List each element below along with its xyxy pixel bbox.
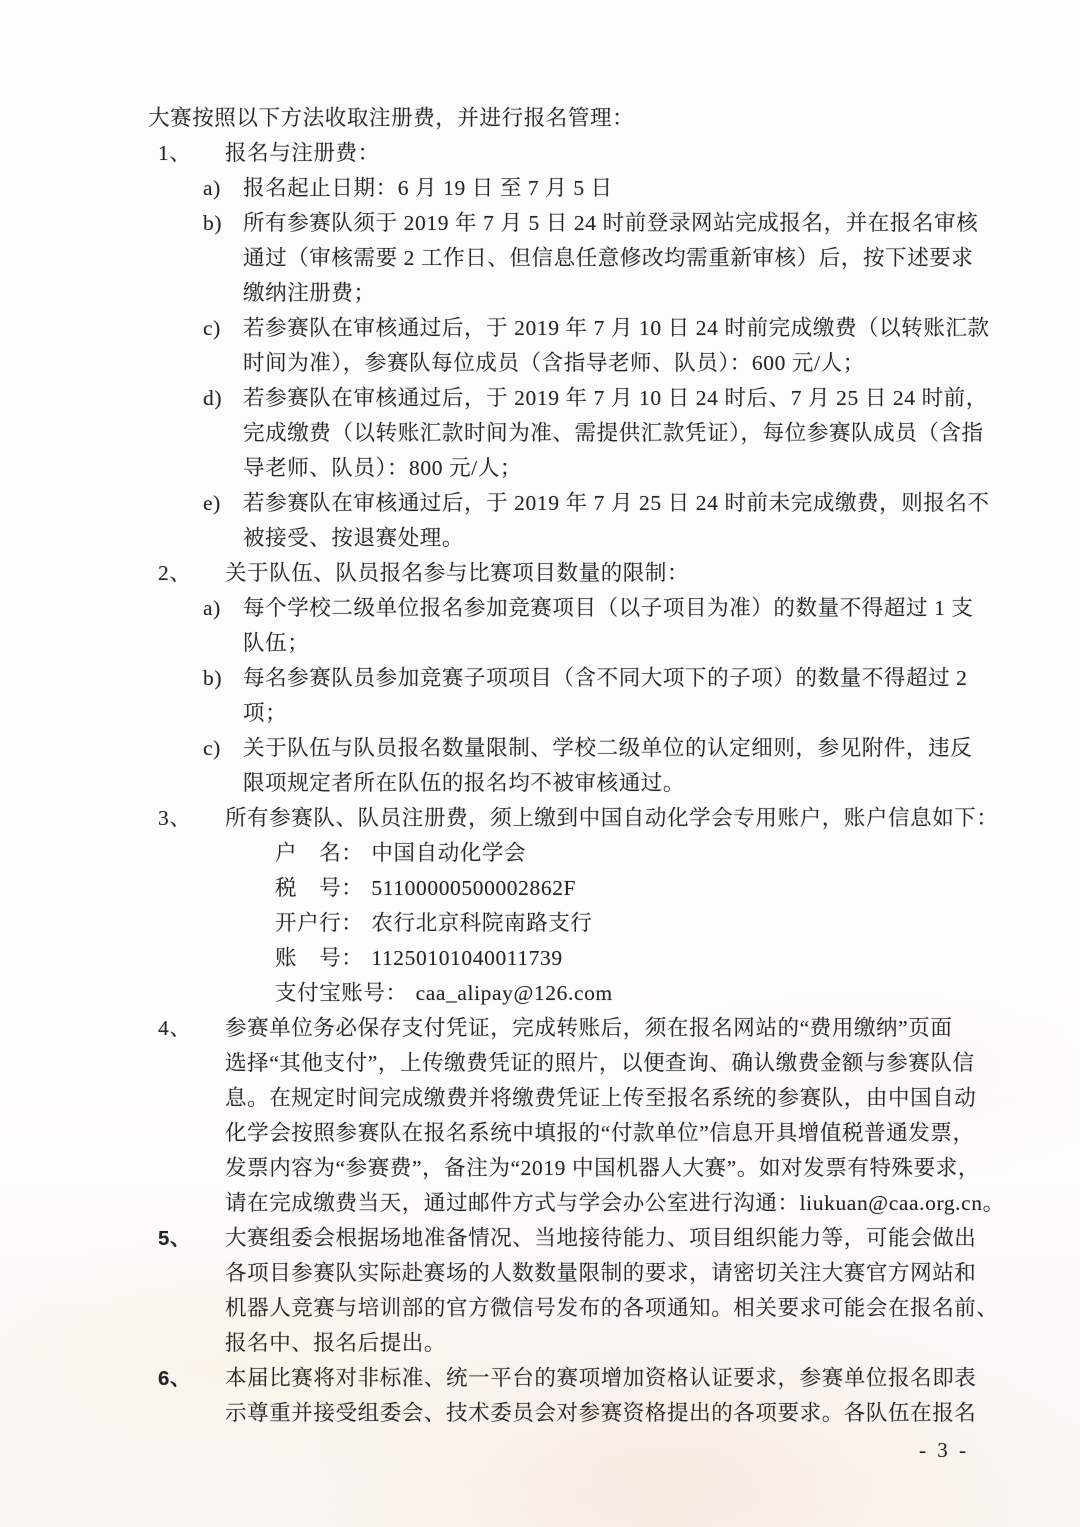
list-marker: c) [203, 731, 221, 766]
list-item: 2、关于队伍、队员报名参与比赛项目数量的限制： [140, 556, 992, 591]
account-field: 税 号：51100000500002862F [275, 871, 992, 906]
list-marker: d) [203, 381, 222, 416]
sub-list-item: a)报名起止日期：6 月 19 日 至 7 月 5 日 [140, 171, 992, 206]
list-marker: 1、 [158, 136, 191, 171]
text-line: 若参赛队在审核通过后，于 2019 年 7 月 10 日 24 时前完成缴费（以… [243, 311, 992, 346]
account-field-label: 户 名： [275, 841, 363, 865]
account-field: 开户行：农行北京科院南路支行 [275, 906, 992, 941]
text-line: 若参赛队在审核通过后，于 2019 年 7 月 10 日 24 时后、7 月 2… [243, 381, 992, 416]
list-marker: 2、 [158, 556, 191, 591]
text-line: 时间为准），参赛队每位成员（含指导老师、队员）：600 元/人； [243, 346, 992, 381]
text-line: 导老师、队员）：800 元/人； [243, 451, 992, 486]
text-line: 缴纳注册费； [243, 276, 992, 311]
text-line: 每名参赛队员参加竞赛子项项目（含不同大项下的子项）的数量不得超过 2 [243, 661, 992, 696]
text-line: 参赛单位务必保存支付凭证，完成转账后，须在报名网站的“费用缴纳”页面 [225, 1011, 992, 1046]
sub-list-item: b)每名参赛队员参加竞赛子项项目（含不同大项下的子项）的数量不得超过 2项； [140, 661, 992, 731]
account-field-value: 中国自动化学会 [371, 841, 526, 865]
text-line: 完成缴费（以转账汇款时间为准、需提供汇款凭证），每位参赛队成员（含指 [243, 416, 992, 451]
account-field: 账 号：11250101040011739 [275, 941, 992, 976]
text-line: 所有参赛队须于 2019 年 7 月 5 日 24 时前登录网站完成报名，并在报… [243, 206, 992, 241]
account-field-value: 51100000500002862F [371, 876, 576, 900]
text-line: 若参赛队在审核通过后，于 2019 年 7 月 25 日 24 时前未完成缴费，… [243, 486, 992, 521]
text-line: 报名起止日期：6 月 19 日 至 7 月 5 日 [243, 171, 992, 206]
text-line: 大赛组委会根据场地准备情况、当地接待能力、项目组织能力等，可能会做出 [225, 1221, 992, 1256]
list-item: 6、本届比赛将对非标准、统一平台的赛项增加资格认证要求，参赛单位报名即表示尊重并… [140, 1361, 992, 1431]
account-field-label: 账 号： [275, 946, 363, 970]
text-line: 限项规定者所在队伍的报名均不被审核通过。 [243, 766, 992, 801]
sub-list-item: c)关于队伍与队员报名数量限制、学校二级单位的认定细则，参见附件，违反限项规定者… [140, 731, 992, 801]
page-number: - 3 - [919, 1436, 969, 1464]
text-line: 每个学校二级单位报名参加竞赛项目（以子项目为准）的数量不得超过 1 支 [243, 591, 992, 626]
account-field-label: 开户行： [275, 911, 363, 935]
account-field: 户 名：中国自动化学会 [275, 836, 992, 871]
sub-list-item: e)若参赛队在审核通过后，于 2019 年 7 月 25 日 24 时前未完成缴… [140, 486, 992, 556]
list-marker: b) [203, 661, 222, 696]
account-info-block: 户 名：中国自动化学会税 号：51100000500002862F开户行：农行北… [140, 836, 992, 1011]
list-item: 3、所有参赛队、队员注册费，须上缴到中国自动化学会专用账户，账户信息如下： [140, 801, 992, 836]
text-line: 各项目参赛队实际赴赛场的人数数量限制的要求，请密切关注大赛官方网站和 [225, 1256, 992, 1291]
text-line: 发票内容为“参赛费”，备注为“2019 中国机器人大赛”。如对发票有特殊要求， [225, 1151, 992, 1186]
list-marker: a) [203, 171, 221, 206]
text-line: 报名与注册费： [225, 136, 992, 171]
list-item: 5、大赛组委会根据场地准备情况、当地接待能力、项目组织能力等，可能会做出各项目参… [140, 1221, 992, 1361]
list-marker: 5、 [158, 1221, 191, 1256]
text-line: 关于队伍、队员报名参与比赛项目数量的限制： [225, 556, 992, 591]
text-line: 所有参赛队、队员注册费，须上缴到中国自动化学会专用账户，账户信息如下： [225, 801, 992, 836]
text-line: 请在完成缴费当天，通过邮件方式与学会办公室进行沟通：liukuan@caa.or… [225, 1186, 992, 1221]
list-marker: e) [203, 486, 221, 521]
text-line: 示尊重并接受组委会、技术委员会对参赛资格提出的各项要求。各队伍在报名 [225, 1396, 992, 1431]
account-field-value: 农行北京科院南路支行 [371, 911, 592, 935]
sub-list-item: c)若参赛队在审核通过后，于 2019 年 7 月 10 日 24 时前完成缴费… [140, 311, 992, 381]
text-line: 息。在规定时间完成缴费并将缴费凭证上传至报名系统的参赛队，由中国自动 [225, 1081, 992, 1116]
text-line: 本届比赛将对非标准、统一平台的赛项增加资格认证要求，参赛单位报名即表 [225, 1361, 992, 1396]
sub-list-item: b)所有参赛队须于 2019 年 7 月 5 日 24 时前登录网站完成报名，并… [140, 206, 992, 311]
list-marker: a) [203, 591, 221, 626]
account-field-label: 支付宝账号： [275, 981, 408, 1005]
scanned-document-page: 大赛按照以下方法收取注册费，并进行报名管理：1、报名与注册费：a)报名起止日期：… [0, 0, 1080, 1527]
text-line: 大赛按照以下方法收取注册费，并进行报名管理： [148, 101, 992, 136]
text-line: 项； [243, 696, 992, 731]
account-field: 支付宝账号：caa_alipay@126.com [275, 976, 992, 1011]
text-line: 被接受、按退赛处理。 [243, 521, 992, 556]
list-marker: c) [203, 311, 221, 346]
sub-list-item: a)每个学校二级单位报名参加竞赛项目（以子项目为准）的数量不得超过 1 支队伍； [140, 591, 992, 661]
account-field-value: 11250101040011739 [371, 946, 562, 970]
list-item: 1、报名与注册费： [140, 136, 992, 171]
text-line: 化学会按照参赛队在报名系统中填报的“付款单位”信息开具增值税普通发票， [225, 1116, 992, 1151]
text-line: 通过（审核需要 2 工作日、但信息任意修改均需重新审核）后，按下述要求 [243, 241, 992, 276]
text-line: 机器人竞赛与培训部的官方微信号发布的各项通知。相关要求可能会在报名前、 [225, 1291, 992, 1326]
list-item: 4、参赛单位务必保存支付凭证，完成转账后，须在报名网站的“费用缴纳”页面选择“其… [140, 1011, 992, 1221]
sub-list-item: d)若参赛队在审核通过后，于 2019 年 7 月 10 日 24 时后、7 月… [140, 381, 992, 486]
account-field-value: caa_alipay@126.com [416, 981, 613, 1005]
list-marker: 4、 [158, 1011, 191, 1046]
text-line: 关于队伍与队员报名数量限制、学校二级单位的认定细则，参见附件，违反 [243, 731, 992, 766]
account-field-label: 税 号： [275, 876, 363, 900]
document-body: 大赛按照以下方法收取注册费，并进行报名管理：1、报名与注册费：a)报名起止日期：… [140, 101, 992, 1431]
list-marker: 6、 [158, 1361, 191, 1396]
text-line: 选择“其他支付”，上传缴费凭证的照片，以便查询、确认缴费金额与参赛队信 [225, 1046, 992, 1081]
list-marker: b) [203, 206, 222, 241]
text-line: 报名中、报名后提出。 [225, 1326, 992, 1361]
list-marker: 3、 [158, 801, 191, 836]
text-line: 队伍； [243, 626, 992, 661]
intro-paragraph: 大赛按照以下方法收取注册费，并进行报名管理： [140, 101, 992, 136]
